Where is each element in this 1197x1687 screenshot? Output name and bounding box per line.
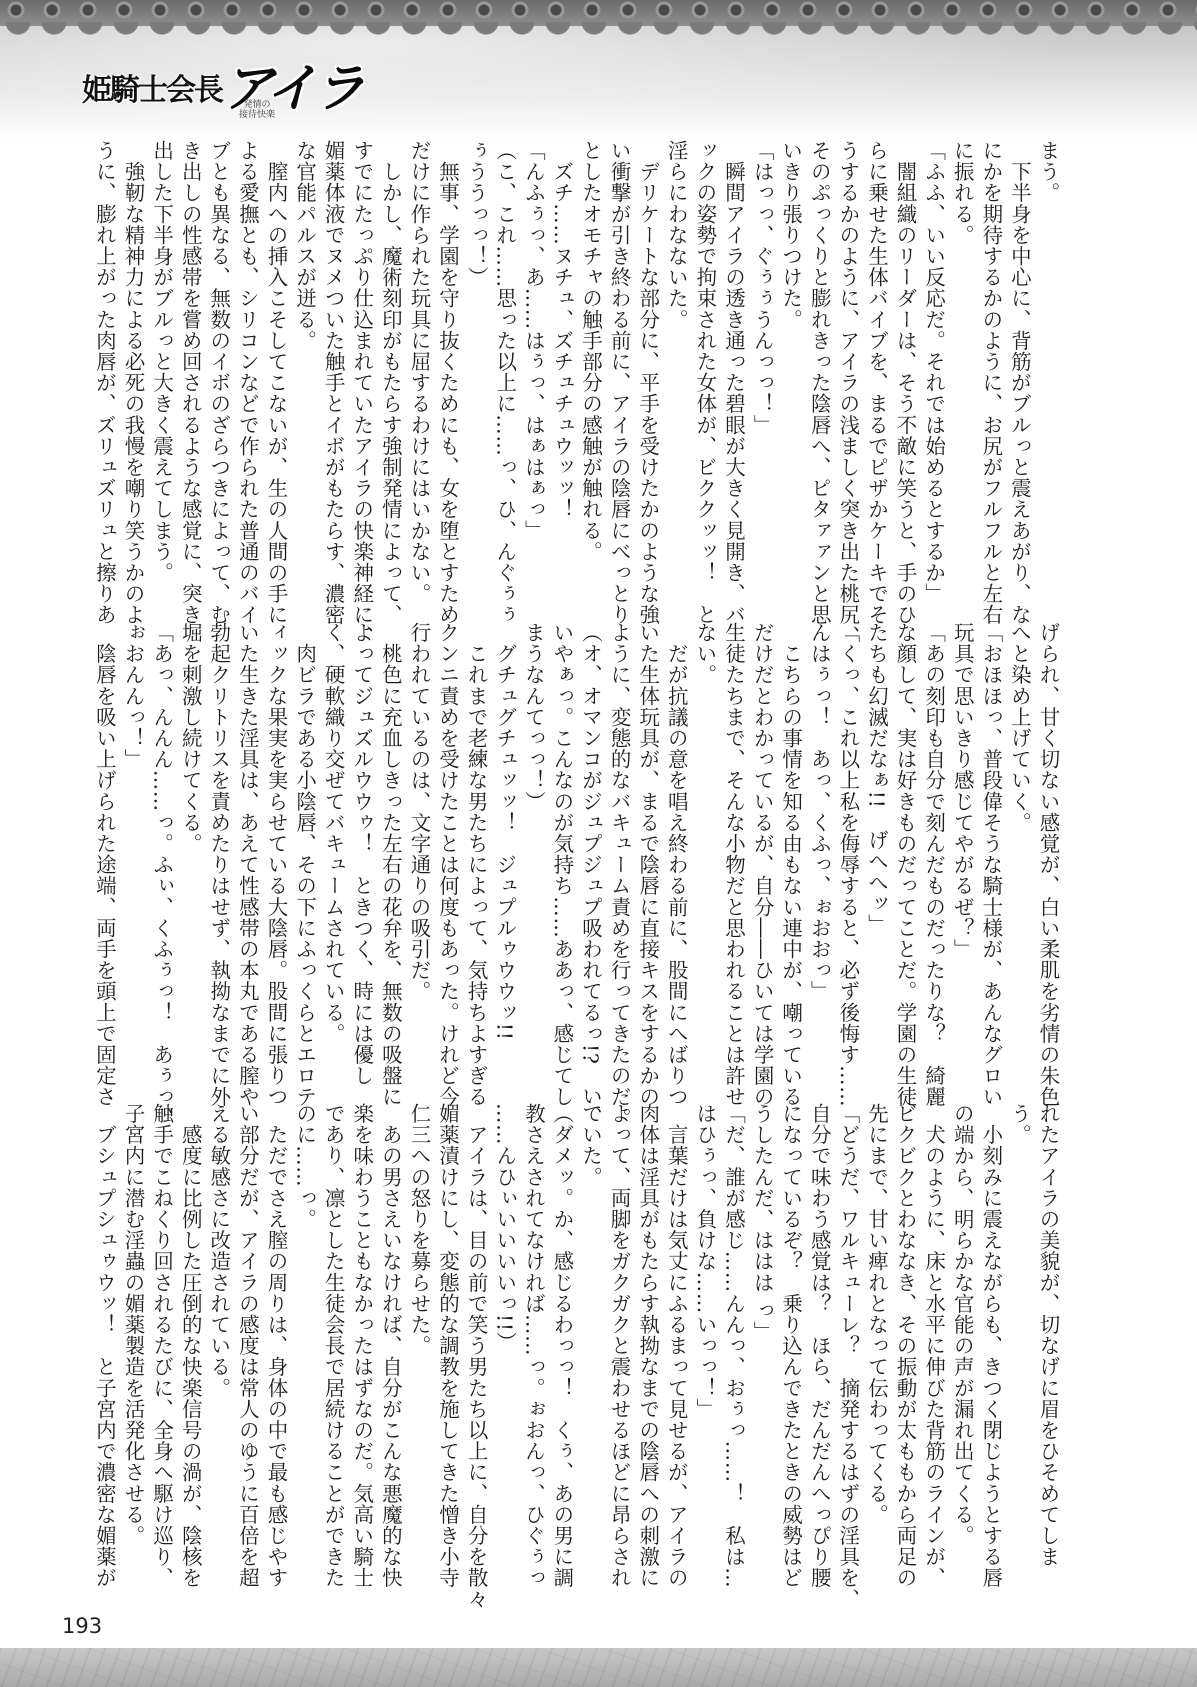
text-column: ブとも異なる、無数のイボのざらつきによって、む — [204, 140, 233, 585]
text-column: 楽を味わうこともなかったはずなのだ。気高い騎士 — [347, 1103, 376, 1548]
text-column: い衝撃が引き終わる前に、アイラの陰唇にべっとり — [605, 140, 634, 585]
text-column: 言葉だけは気丈にふるまって見せるが、アイラの — [662, 1103, 691, 1548]
text-column: あの男さえいなければ、自分がこんな悪魔的な快 — [376, 1103, 405, 1548]
text-column: ぅううっっ！） — [462, 140, 491, 585]
text-column: ない。 — [690, 622, 719, 1067]
text-column: の端から、明らかな官能の声が漏れ出てくる。 — [948, 1103, 977, 1548]
text-column: うしたんだ、ははは っ」 — [747, 1103, 776, 1548]
footer-decorative-border — [0, 1648, 1197, 1687]
text-column: よって、両脚をガクガクと震わせるほどに昂らされ — [605, 1103, 634, 1548]
text-column: く、硬軟織り交ぜてバキュームされている。 — [319, 622, 348, 1067]
text-column: れたアイラの美貌が、切なげに眉をひそめてしま — [1033, 1103, 1062, 1548]
text-column: としたオモチャの触手部分の感触が触れる。 — [576, 140, 605, 585]
text-column: デリケートな部分に、平手を受けたかのような強 — [633, 140, 662, 585]
text-column: 闇組織のリーダーは、そう不敵に笑うと、手のひ — [890, 140, 919, 585]
text-column: き出しの性感帯を嘗め回されるような感覚に、突き — [176, 140, 205, 585]
text-column: 「おほほっ、普段偉そうな騎士様が、あんなグロい — [976, 622, 1005, 1067]
logo-title: 姫騎士会長アイラ — [82, 46, 361, 121]
text-column: いた生体玩具が、まるで陰唇に直接キスをするかの — [633, 622, 662, 1067]
text-column: ックの姿勢で拘束された女体が、ビククッッ！ と — [690, 140, 719, 585]
text-column: まう。 — [1033, 140, 1062, 585]
text-column: うに、膨れ上がった肉唇が、ズリュズリュと擦りあ — [90, 140, 119, 585]
text-column: になっているぞ？ 乗り込んできたときの威勢はど — [776, 1103, 805, 1548]
text-column: げられ、甘く切ない感覚が、白い柔肌を劣情の朱色 — [1033, 622, 1062, 1067]
text-column: 勃起クリトリスを責めたりはせず、執拗なまでに外 — [204, 622, 233, 1067]
text-column: 媚薬漬けにし、変態的な調教を施してきた憎き小寺 — [433, 1103, 462, 1548]
text-column: ィックな果実を実らせている大陰唇。股間に張りつ — [261, 622, 290, 1067]
text-column: いやぁっ。こんなのが気持ち……ああっ、感じてし — [547, 622, 576, 1067]
text-column: 犬のように、床と水平に伸びた背筋のラインが、 — [919, 1103, 948, 1548]
text-column: に振れる。 — [948, 140, 977, 585]
text-column: 感度に比例した圧倒的な快楽信号の渦が、陰核を — [176, 1103, 205, 1548]
text-column: ただでさえ膣の周りは、身体の中で最も感じやす — [261, 1103, 290, 1548]
text-column: いきり張りつけた。 — [776, 140, 805, 585]
page-number: 193 — [62, 1614, 102, 1638]
text-column: 「くっ、これ以上私を侮辱すると、必ず後悔す…… — [833, 622, 862, 1067]
text-column: アイラは、目の前で笑う男たち以上に、自分を散々 — [462, 1103, 491, 1548]
text-column: 「だ、誰が感じ……んんっ、おぅっ……！ 私は… — [719, 1103, 748, 1548]
text-column: うするかのように、アイラの浅ましく突き出た桃尻、 — [833, 140, 862, 585]
text-column: いた生きた淫具は、あえて性感帯の本丸である膣や — [233, 622, 262, 1067]
text-column: 堀を刺激し続けてくる。 — [176, 622, 205, 1067]
text-column: 自分で味わう感覚は？ ほら、だんだんへっぴり腰 — [805, 1103, 834, 1548]
text-column: ビクビクとわななき、その振動が太ももから両足の — [890, 1103, 919, 1548]
text-column: （ダメッ。か、感じるわっっ！ くぅ、あの男に調 — [547, 1103, 576, 1548]
text-column: 強靭な精神力による必死の我慢を嘲り笑うかのよ — [118, 140, 147, 585]
text-column: グチュグチュッッ！ ジュプルゥウウッ!! — [490, 622, 519, 1067]
text-column: 膣内への挿入こそしてこないが、生の人間の手に — [261, 140, 290, 585]
lace-scallop — [0, 22, 1197, 40]
text-column: よってジュズルウウゥ！ ときつく、時には優し — [347, 622, 376, 1067]
text-column: ……んひぃいいいいっ!!） — [490, 1103, 519, 1548]
book-title-logo: 姫騎士会長アイラ 発情の 接待快楽 — [82, 46, 322, 116]
text-column: たちも幻滅だなぁ!! げへへッ」 — [862, 622, 891, 1067]
text-column: える敏感さに改造されている。 — [204, 1103, 233, 1548]
text-column: すでにたっぷり仕込まれていたアイラの快楽神経に、 — [347, 140, 376, 585]
text-column: 「どうだ、ワルキューレ？ 摘発するはずの淫具を、 — [833, 1103, 862, 1548]
text-column: らに乗せた生体バイブを、まるでピザかケーキでそ — [862, 140, 891, 585]
text-column: 生徒たちまで、そんな小物だと思われることは許せ — [719, 622, 748, 1067]
text-column: まうなんてっっ！） — [519, 622, 548, 1067]
text-column: こちらの事情を知る由もない連中が、嘲っている — [776, 622, 805, 1067]
text-column: これまで老練な男たちによって、気持ちよすぎる — [462, 622, 491, 1067]
text-column: のに……っ。 — [290, 1103, 319, 1548]
text-column: ぉおんんっ！」 — [118, 622, 147, 1067]
text-column: だけだとわかっているが、自分――ひいては学園の — [747, 622, 776, 1067]
text-column: はひぅっ、負けな……いっっ！」 — [690, 1103, 719, 1548]
text-column: 仁三への怒りを募らせた。 — [404, 1103, 433, 1548]
text-column: 媚薬体液でヌメついた触手とイボがもたらす、濃密 — [319, 140, 348, 585]
text-column: 「あっ、んんん……っ。ふぃ、くふぅっ！ あぅっ、 — [147, 622, 176, 1067]
text-column: 先にまで、甘い痺れとなって伝わってくる。 — [862, 1103, 891, 1548]
text-column: 瞬間アイラの透き通った碧眼が大きく見開き、バ — [719, 140, 748, 585]
text-column: 教さえされてなければ……っ。ぉおんっ、ひぐぅっ — [519, 1103, 548, 1548]
text-column: へと染め上げていく。 — [1005, 622, 1034, 1067]
text-column: （こ、これ……思った以上に……っ、ひ、んぐぅぅ — [490, 140, 519, 585]
text-band-top: まう。 下半身を中心に、背筋がブルっと震えあがり、なにかを期待するかのように、お… — [62, 140, 1062, 585]
text-column: クンニ責めを受けたことは何度もあった。けれど今 — [433, 622, 462, 1067]
text-column: 無事、学園を守り抜くためにも、女を堕とすため — [433, 140, 462, 585]
text-column: 触手でこねくり回されるたびに、全身へ駆け巡り、 — [147, 1103, 176, 1548]
text-column: う。 — [1005, 1103, 1034, 1548]
text-column: 子宮内に潜む淫蟲の媚薬製造を活発化させる。 — [118, 1103, 147, 1548]
text-column: であり、凛とした生徒会長で居続けることができた — [319, 1103, 348, 1548]
text-column: 淫らにわなないた。 — [662, 140, 691, 585]
text-column: んはぅっ！ あっ、くふっ、ぉおおっ」 — [805, 622, 834, 1067]
text-column: しかし、魔術刻印がもたらす強制発情によって、 — [376, 140, 405, 585]
text-column: 玩具で思いきり感じてやがるぜ？」 — [948, 622, 977, 1067]
text-column: な官能パルスが迸る。 — [290, 140, 319, 585]
text-column: （オ、オマンコがジュプジュプ吸われてるっ!? い、 — [576, 622, 605, 1067]
text-column: にかを期待するかのように、お尻がフルフルと左右 — [976, 140, 1005, 585]
text-column: 下半身を中心に、背筋がブルっと震えあがり、な — [1005, 140, 1034, 585]
logo-title-kanji: 姫騎士会長 — [82, 73, 222, 108]
text-band-middle: げられ、甘く切ない感覚が、白い柔肌を劣情の朱色へと染め上げていく。「おほほっ、普… — [62, 622, 1062, 1067]
text-column: 「はっっ、ぐぅぅうんっっ！」 — [747, 140, 776, 585]
text-column: 「あの刻印も自分で刻んだものだったりな？ 綺麗 — [919, 622, 948, 1067]
text-column: 行われているのは、文字通りの吸引だ。 — [404, 622, 433, 1067]
text-column: 肉体は淫具がもたらす執拗なまでの陰唇への刺激に — [633, 1103, 662, 1548]
text-column: 陰唇を吸い上げられた途端、両手を頭上で固定さ — [90, 622, 119, 1067]
text-column: い部分だが、アイラの感度は常人のゆうに百倍を超 — [233, 1103, 262, 1548]
text-column: 「んふぅっ、あ……はぅっ、はぁはぁっ」 — [519, 140, 548, 585]
text-column: よる愛撫とも、シリコンなどで作られた普通のバイ — [233, 140, 262, 585]
text-column: だけに作られた玩具に屈するわけにはいかない。 — [404, 140, 433, 585]
text-column: ていた。 — [576, 1103, 605, 1548]
logo-subtitle: 発情の 接待快楽 — [232, 100, 282, 120]
text-column: ように、変態的なバキューム責めを行ってきたのだ。 — [605, 622, 634, 1067]
text-band-bottom: れたアイラの美貌が、切なげに眉をひそめてしまう。 小刻みに震えながらも、きつく閉… — [62, 1103, 1062, 1548]
text-column: ズチ……ヌチュ、ズチュチュウッッ！ — [547, 140, 576, 585]
logo-subtitle-line-2: 接待快楽 — [232, 110, 282, 120]
text-column: そのぷっくりと膨れきった陰唇へ、ピタァァンと思 — [805, 140, 834, 585]
text-column: ブシュプシュゥウッ！ と子宮内で濃密な媚薬が — [90, 1103, 119, 1548]
text-column: 肉ビラである小陰唇、その下にふっくらとエロテ — [290, 622, 319, 1067]
text-column: な顔して、実は好きものだってことだ。学園の生徒 — [890, 622, 919, 1067]
text-column: 桃色に充血しきった左右の花弁を、無数の吸盤に — [376, 622, 405, 1067]
text-column: だが抗議の意を唱え終わる前に、股間にへばりつ — [662, 622, 691, 1067]
text-column: 「ふふ、いい反応だ。それでは始めるとするか」 — [919, 140, 948, 585]
logo-subtitle-line-1: 発情の — [232, 100, 282, 110]
text-column: 小刻みに震えながらも、きつく閉じようとする唇 — [976, 1103, 1005, 1548]
text-column: 出した下半身がブルっと大きく震えてしまう。 — [147, 140, 176, 585]
